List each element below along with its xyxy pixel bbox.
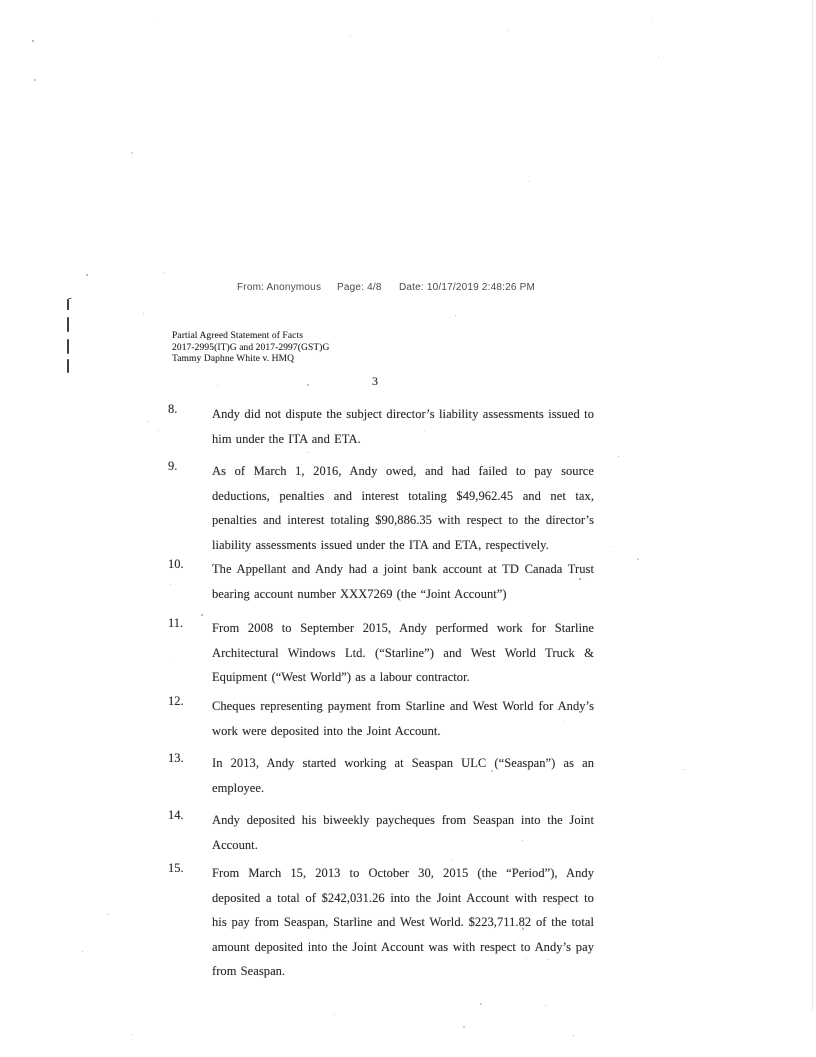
noise-speck bbox=[131, 1034, 132, 1035]
noise-speck bbox=[480, 1003, 482, 1005]
fact-number: 10. bbox=[168, 557, 184, 572]
noise-speck bbox=[307, 452, 308, 453]
noise-speck bbox=[163, 272, 164, 273]
noise-speck bbox=[658, 56, 659, 57]
noise-speck bbox=[610, 546, 611, 547]
fact-number: 8. bbox=[168, 402, 177, 417]
fact-text: As of March 1, 2016, Andy owed, and had … bbox=[212, 459, 594, 557]
case-caption-title: Partial Agreed Statement of Facts bbox=[172, 331, 329, 343]
scanned-document-page: From: Anonymous Page: 4/8 Date: 10/17/20… bbox=[0, 0, 816, 1057]
noise-speck bbox=[651, 21, 652, 22]
noise-speck bbox=[201, 614, 203, 616]
noise-speck bbox=[32, 40, 34, 42]
fact-number: 13. bbox=[168, 751, 184, 766]
fact-text: The Appellant and Andy had a joint bank … bbox=[212, 557, 594, 606]
noise-speck bbox=[618, 456, 619, 457]
fax-from-label: From: Anonymous bbox=[237, 282, 321, 293]
fax-page-label: Page: 4/8 bbox=[337, 282, 382, 293]
noise-speck bbox=[528, 181, 529, 182]
noise-speck bbox=[507, 30, 508, 31]
case-caption: Partial Agreed Statement of Facts 2017-2… bbox=[172, 331, 329, 366]
noise-speck bbox=[82, 951, 83, 952]
fact-text: In 2013, Andy started working at Seaspan… bbox=[212, 751, 594, 800]
margin-mark bbox=[67, 317, 69, 332]
noise-speck bbox=[217, 385, 218, 386]
fact-number: 14. bbox=[168, 808, 184, 823]
fact-text: From 2008 to September 2015, Andy perfor… bbox=[212, 616, 594, 690]
noise-speck bbox=[463, 1026, 465, 1028]
margin-mark bbox=[67, 299, 69, 310]
noise-speck bbox=[86, 274, 88, 276]
fact-text: Andy deposited his biweekly paycheques f… bbox=[212, 808, 594, 857]
noise-speck bbox=[156, 18, 157, 19]
fact-number: 15. bbox=[168, 861, 184, 876]
fact-text: Andy did not dispute the subject directo… bbox=[212, 402, 594, 451]
noise-speck bbox=[573, 1035, 574, 1036]
noise-speck bbox=[684, 769, 685, 770]
noise-speck bbox=[307, 384, 309, 386]
noise-speck bbox=[455, 315, 456, 316]
case-caption-docket: 2017-2995(IT)G and 2017-2997(GST)G bbox=[172, 343, 329, 355]
fact-number: 11. bbox=[168, 616, 183, 631]
fact-text: From March 15, 2013 to October 30, 2015 … bbox=[212, 861, 594, 984]
page-number: 3 bbox=[372, 374, 378, 389]
fact-number: 9. bbox=[168, 459, 177, 474]
noise-speck bbox=[350, 36, 351, 37]
noise-speck bbox=[131, 152, 133, 154]
noise-speck bbox=[637, 558, 639, 560]
case-caption-parties: Tammy Daphne White v. HMQ bbox=[172, 354, 329, 366]
scan-edge-artifact bbox=[812, 0, 813, 1012]
noise-speck bbox=[334, 1014, 335, 1015]
noise-speck bbox=[491, 770, 493, 772]
noise-speck bbox=[563, 721, 564, 722]
fax-date-label: Date: 10/17/2019 2:48:26 PM bbox=[399, 282, 535, 293]
noise-speck bbox=[107, 913, 109, 915]
noise-speck bbox=[34, 79, 36, 81]
noise-speck bbox=[143, 313, 144, 314]
noise-speck bbox=[170, 584, 171, 585]
noise-speck bbox=[158, 430, 159, 431]
noise-speck bbox=[148, 421, 149, 422]
fact-number: 12. bbox=[168, 694, 184, 709]
margin-mark bbox=[67, 339, 69, 354]
noise-speck bbox=[424, 431, 425, 432]
noise-speck bbox=[452, 859, 453, 860]
margin-mark bbox=[67, 359, 69, 373]
fact-text: Cheques representing payment from Starli… bbox=[212, 694, 594, 743]
noise-speck bbox=[545, 1005, 546, 1006]
noise-speck bbox=[171, 663, 172, 664]
